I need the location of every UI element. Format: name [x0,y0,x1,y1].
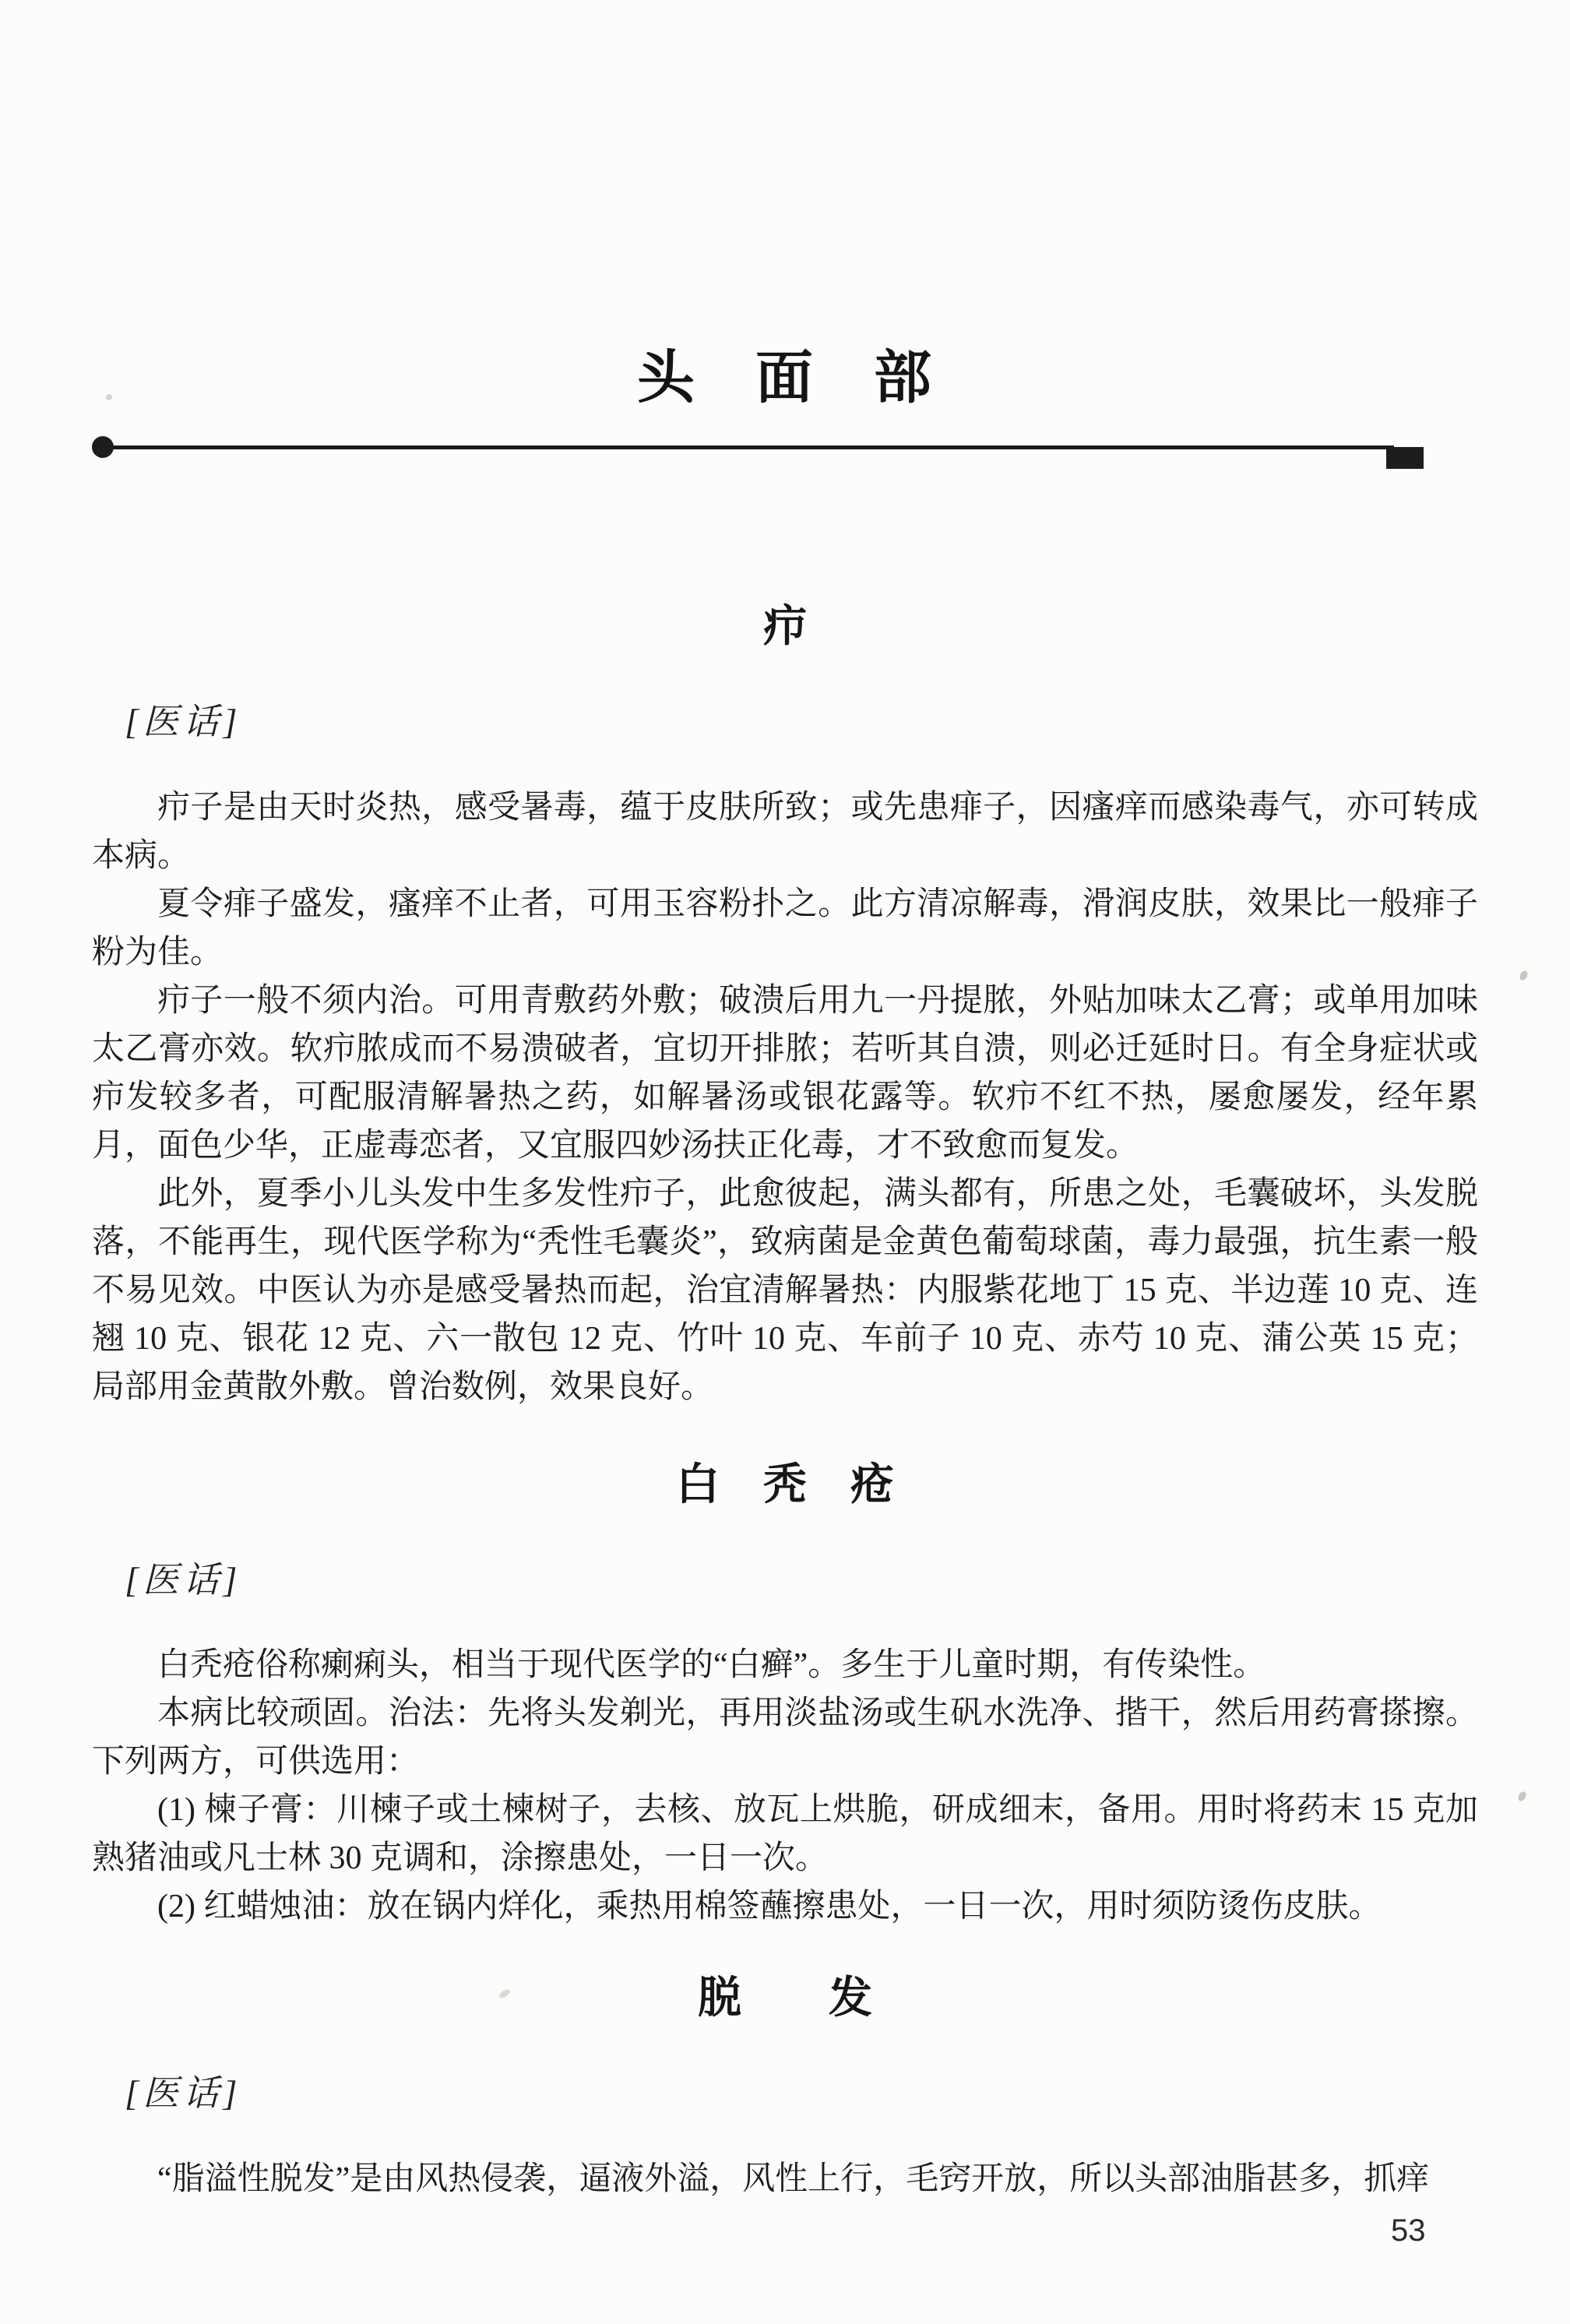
paragraph: 疖子是由天时炎热，感受暑毒，蕴于皮肤所致；或先患痱子，因瘙痒而感染毒气，亦可转成… [92,783,1478,880]
divider-square-icon [1386,447,1424,469]
section-paragraphs: 白秃疮俗称瘌痢头，相当于现代医学的“白癣”。多生于儿童时期，有传染性。 本病比较… [92,1641,1478,1931]
paragraph: 白秃疮俗称瘌痢头，相当于现代医学的“白癣”。多生于儿童时期，有传染性。 [92,1641,1478,1689]
section-paragraphs: “脂溢性脱发”是由风热侵袭，逼液外溢，风性上行，毛窍开放，所以头部油脂甚多，抓痒 [92,2155,1478,2203]
section-heading: 疖 [92,604,1478,648]
page-content: 疖 [医话] 疖子是由天时炎热，感受暑毒，蕴于皮肤所致；或先患痱子，因瘙痒而感染… [0,604,1570,2203]
section-furuncle: 疖 [医话] 疖子是由天时炎热，感受暑毒，蕴于皮肤所致；或先患痱子，因瘙痒而感染… [92,604,1478,1411]
scan-speck [106,394,112,400]
paragraph: (2) 红蜡烛油：放在锅内烊化，乘热用棉签蘸擦患处，一日一次，用时须防烫伤皮肤。 [92,1882,1478,1931]
medical-note-label: [医话] [125,699,1478,745]
title-divider [92,439,1478,466]
page-number: 53 [1391,2213,1426,2248]
section-heading: 脱 发 [92,1976,1478,2019]
paragraph: (1) 楝子膏：川楝子或土楝树子，去核、放瓦上烘脆，研成细末，备用。用时将药末 … [92,1786,1478,1882]
paragraph: 本病比较顽固。治法：先将头发剃光，再用淡盐汤或生矾水洗净、揩干，然后用药膏搽擦。… [92,1689,1478,1786]
paragraph: 疖子一般不须内治。可用青敷药外敷；破溃后用九一丹提脓，外贴加味太乙膏；或单用加味… [92,977,1478,1170]
section-hair-loss: 脱 发 [医话] “脂溢性脱发”是由风热侵袭，逼液外溢，风性上行，毛窍开放，所以… [92,1976,1478,2203]
paragraph: “脂溢性脱发”是由风热侵袭，逼液外溢，风性上行，毛窍开放，所以头部油脂甚多，抓痒 [92,2155,1478,2203]
medical-note-label: [医话] [125,1558,1478,1603]
medical-note-label: [医话] [125,2071,1478,2116]
section-paragraphs: 疖子是由天时炎热，感受暑毒，蕴于皮肤所致；或先患痱子，因瘙痒而感染毒气，亦可转成… [92,783,1478,1411]
section-heading: 白 秃 疮 [92,1463,1478,1506]
paragraph: 夏令痱子盛发，瘙痒不止者，可用玉容粉扑之。此方清凉解毒，滑润皮肤，效果比一般痱子… [92,880,1478,977]
paragraph: 此外，夏季小儿头发中生多发性疖子，此愈彼起，满头都有，所患之处，毛囊破坏，头发脱… [92,1170,1478,1411]
page-title: 头 面 部 [0,349,1570,407]
divider-line [100,445,1394,449]
book-page: 头 面 部 疖 [医话] 疖子是由天时炎热，感受暑毒，蕴于皮肤所致；或先患痱子，… [0,0,1570,2324]
section-white-scalp-sore: 白 秃 疮 [医话] 白秃疮俗称瘌痢头，相当于现代医学的“白癣”。多生于儿童时期… [92,1463,1478,1931]
